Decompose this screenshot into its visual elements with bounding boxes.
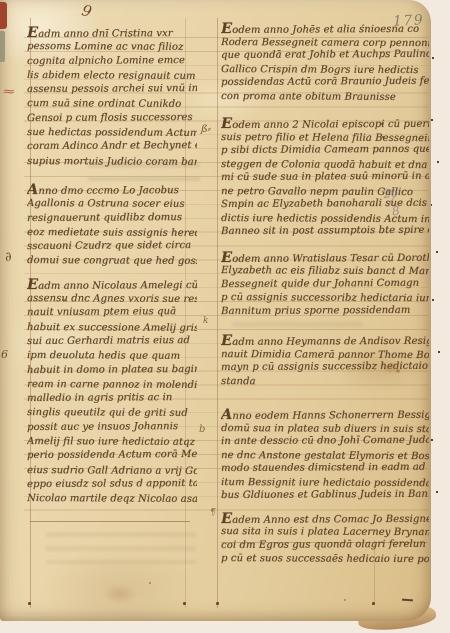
manuscript-text-line: Banneo sit in post assumptois bte spire …	[221, 224, 429, 239]
manuscript-text-line: que quondā erat Johib et Auchps Paulino	[221, 48, 429, 63]
manuscript-text-line: Bessegneit quide dur Johanni Comagn	[221, 276, 429, 291]
manuscript-text-line: Eodem anno Wratislaus Tesar cū Dorothea	[221, 249, 429, 264]
verso-show-through	[46, 532, 196, 564]
manuscript-text-line: standa	[221, 375, 429, 390]
entry-paragraph: Eodem anno Johēs et alia śnioesna coRode…	[221, 22, 429, 103]
left-column-closing-rule	[30, 521, 190, 522]
manuscript-text-line: mi cū sude sua in platea suū minorū in a	[221, 170, 429, 185]
manuscript-page: Eadm anno dnī Cristina vxrpessoms Lomine…	[0, 0, 431, 621]
gutter-pilcrow-mark: ¶	[210, 508, 216, 518]
manuscript-text-line: con proma ante obitum Braunisse	[221, 90, 429, 105]
manuscript-text-line: in ante desscio cū dno Johī Comane Juda	[221, 434, 429, 449]
manuscript-text-line: nauit vniusam ptem eius quā	[27, 305, 197, 320]
manuscript-text-line: sui auc Gerhardi matris eius ad	[27, 334, 197, 349]
margin-d-mark: ∂	[4, 250, 13, 266]
prick-mark	[216, 602, 219, 605]
entry-paragraph: Eadm anno dnī Cristina vxrpessoms Lomine…	[27, 26, 197, 169]
entry-paragraph: Anno eodem Hanns Schonerrern Bessignatdo…	[221, 408, 429, 503]
prick-mark	[372, 602, 375, 605]
manuscript-text-line: Eadm anno dnī Cristina vxr	[27, 26, 197, 40]
entry-paragraph: Eodem anno 2 Nicolai episcopi cū pueriss…	[221, 117, 429, 239]
manuscript-text-line: Gensoi p cum flosis successores	[27, 111, 197, 126]
manuscript-text-line: malledio in agris pritis ac in	[27, 391, 197, 406]
manuscript-text-line: supius mortuis Judicio coram bannitis ·	[27, 155, 197, 170]
manuscript-text-line: p sibi dicts Dimidia Cameam pannos que	[221, 143, 429, 158]
manuscript-text-line: habuit in domo in platea su bagim	[27, 362, 197, 377]
manuscript-text-line: assensu pessois archei sui vnū insti	[27, 82, 197, 97]
manuscript-text-line: Bannitum prius sporne possidendam	[221, 303, 429, 318]
pencil-annotation-bottom: 8	[391, 203, 401, 218]
entry-paragraph: Eadm anno Heymanns de Andisov Resignauit…	[221, 334, 429, 388]
manuscript-text-line: Eodem anno 2 Nicolai episcopi cū pueris	[221, 116, 429, 131]
prick-mark	[28, 602, 31, 605]
manuscript-text-line: Nicolao martile deqz Nicolao asangn Jude…	[27, 492, 197, 507]
entry-paragraph: Anno dmo cccmo Lo JacobusAgallonis a Ost…	[27, 183, 197, 269]
manuscript-text-line: perio possidenda Actum corā Meistlino	[27, 448, 197, 463]
folio-number: 179	[393, 12, 425, 30]
manuscript-text-line: p cū et suos successaēs hedicaio iure po…	[221, 552, 429, 567]
spine-red-tab	[0, 2, 7, 29]
manuscript-text-line: Eadm anno Nicolaus Amelegi cū	[27, 277, 197, 292]
entry-paragraph: Eadm anno Nicolaus Amelegi cūassensu dnc…	[27, 278, 197, 507]
manuscript-photo: Eadm anno dnī Cristina vxrpessoms Lomine…	[0, 0, 450, 633]
entry-paragraph: Eadem Anno est dns Comac Jo Bessigne dom…	[221, 512, 429, 566]
red-margin-mark: ≈	[2, 85, 16, 98]
manuscript-text-line: Eadem Anno est dns Comac Jo Bessigne dom…	[221, 510, 429, 525]
manuscript-text-line: possit auc ye insuos Johannis	[27, 420, 197, 435]
manuscript-text-line: domui sue congruat que hed gosse ·	[27, 254, 197, 269]
margin-six-mark: 6	[1, 348, 8, 361]
manuscript-text-line: Eadm anno Heymanns de Andisov Resig	[221, 333, 429, 348]
manuscript-text-line: Anno dmo cccmo Lo Jacobus	[27, 182, 197, 197]
top-flourish-mark: 9	[80, 1, 94, 21]
left-text-column: Eadm anno dnī Cristina vxrpessoms Lomine…	[27, 26, 197, 512]
entry-paragraph: Eodem anno Wratislaus Tesar cū DorotheaE…	[221, 251, 429, 319]
manuscript-text-line: possidendas Actū corā Braunio Judeis fer…	[221, 75, 429, 90]
manuscript-text-line: coi dm Egros gus quondā olagri ferelun s…	[221, 537, 429, 552]
manuscript-text-line: eppo eiusdz sol sdus d apponit tassis su…	[27, 477, 197, 492]
column-divider-rule-right	[217, 18, 218, 608]
manuscript-text-line: Anno eodem Hanns Schonerrern Bessignat	[221, 407, 429, 422]
gutter-b-mark: b	[199, 424, 205, 435]
manuscript-text-line: mayn p cū assignis successibz hedictaio …	[221, 360, 429, 375]
gutter-k-mark: k	[203, 316, 208, 326]
margin-dash-mark	[402, 599, 413, 601]
manuscript-text-line: bus Gldiuones et Gablinus Judeis in Bann…	[221, 488, 429, 503]
manuscript-text-line: cognita alpnicho Lomine emce	[27, 54, 197, 69]
manuscript-text-line: coram Adinco Andr et Bechynet et Bedinus	[27, 139, 197, 154]
right-text-column: Eodem anno Johēs et alia śnioesna coRode…	[221, 22, 429, 570]
manuscript-text-line: resignauerunt quidlibz domus	[27, 211, 197, 226]
gutter-p-mark: ß⸗	[201, 124, 211, 135]
manuscript-text-line: sscauoni Czudrz que sidet circa	[27, 239, 197, 254]
manuscript-text-line: modo stauendes dimicstend in eadm ad pla…	[221, 461, 429, 476]
prick-mark	[183, 602, 186, 605]
spine-grey-tab	[0, 31, 5, 62]
